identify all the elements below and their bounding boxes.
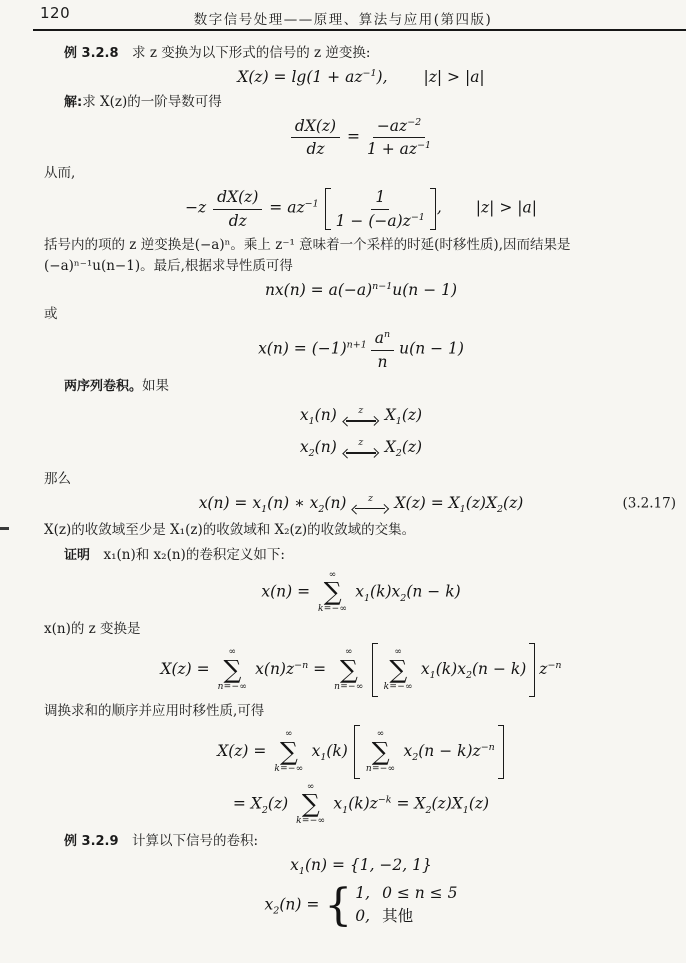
paragraph-text: 计算以下信号的卷积: (119, 833, 259, 849)
paragraph-text: x₁(n)和 x₂(n)的卷积定义如下: (90, 547, 285, 563)
para-inverse-explanation: 括号内的项的 z 逆变换是(−a)ⁿ。乘上 z⁻¹ 意味着一个采样的时延(时移性… (44, 235, 678, 277)
eq-swapped: X(z) = ∞∑k=−∞x1(k)∞∑n=−∞x2(n − k)z−n (44, 725, 678, 779)
convolution-heading: 两序列卷积。如果 (44, 376, 678, 397)
cases-group: {1,0 ≤ n ≤ 50,其他 (324, 882, 457, 929)
eq-x2-cases-row: x2(n) = {1,0 ≤ n ≤ 50,其他 (44, 882, 678, 929)
eq-x1-pair: x1(n)zX1(z) (44, 405, 678, 429)
summation: ∞∑k=−∞ (384, 647, 413, 692)
paragraph-text: X(z)的收敛域至少是 X₁(z)的收敛域和 X₂(z)的收敛域的交集。 (44, 522, 415, 538)
proof-heading: 证明 x₁(n)和 x₂(n)的卷积定义如下: (44, 545, 678, 566)
textbook-page: 120 数字信号处理——原理、算法与应用(第四版) 例 3.2.8 求 z 变换… (0, 0, 686, 963)
scan-artifact (0, 527, 9, 530)
page-header: 120 数字信号处理——原理、算法与应用(第四版) (0, 0, 686, 25)
eq-xz-log-row: X(z) = lg(1 + az−1),|z| > |a| (44, 67, 678, 88)
sigma-symbol: ∑ (223, 658, 241, 682)
paragraph-text: 如果 (142, 378, 169, 394)
para-thus: 从而, (44, 163, 678, 184)
summation: ∞∑k=−∞ (296, 782, 325, 827)
sigma-symbol: ∑ (280, 740, 298, 764)
paragraph-text: 求 X(z)的一阶导数可得 (82, 94, 222, 110)
paragraph-text: 从而, (44, 165, 75, 181)
bracket (354, 725, 360, 779)
summation: ∞∑k=−∞ (318, 570, 347, 615)
paragraph-lead: 例 3.2.8 (64, 46, 119, 61)
summation: ∞∑n=−∞ (366, 729, 396, 774)
sigma-symbol: ∑ (372, 740, 390, 764)
eq-derivative-row: dX(z)dz = −az−21 + az−1 (44, 116, 678, 159)
sigma-symbol: ∑ (324, 580, 342, 604)
eq-swapped-row: X(z) = ∞∑k=−∞x1(k)∞∑n=−∞x2(n − k)z−n (44, 725, 678, 779)
sigma-symbol: ∑ (389, 658, 407, 682)
para-roc: X(z)的收敛域至少是 X₁(z)的收敛域和 X₂(z)的收敛域的交集。 (44, 520, 678, 541)
sigma-symbol: ∑ (340, 658, 358, 682)
paragraph-lead: 解: (64, 95, 82, 110)
para-or: 或 (44, 304, 678, 325)
page-title: 数字信号处理——原理、算法与应用(第四版) (0, 3, 686, 28)
double-arrow-icon (344, 448, 378, 457)
case-row: 1,0 ≤ n ≤ 5 (355, 882, 457, 905)
page-content: 例 3.2.8 求 z 变换为以下形式的信号的 z 逆变换:X(z) = lg(… (0, 31, 686, 929)
eq-double-sum-row: X(z) = ∞∑n=−∞x(n)z−n = ∞∑n=−∞∞∑k=−∞x1(k)… (44, 643, 678, 697)
paragraph-text: 调换求和的顺序并应用时移性质,可得 (44, 703, 264, 719)
z-transform-arrow: z (344, 406, 378, 426)
sigma-symbol: ∑ (302, 792, 320, 816)
eq-double-sum: X(z) = ∞∑n=−∞x(n)z−n = ∞∑n=−∞∞∑k=−∞x1(k)… (44, 643, 678, 697)
paragraph-text: 求 z 变换为以下形式的信号的 z 逆变换: (119, 45, 371, 61)
paragraph-text: 或 (44, 306, 58, 322)
z-transform-arrow: z (344, 438, 378, 458)
eq-x1-seq: x1(n) = {1, −2, 1} (44, 855, 678, 879)
case-row: 0,其他 (355, 905, 457, 928)
example-3-2-8-heading: 例 3.2.8 求 z 变换为以下形式的信号的 z 逆变换: (44, 43, 678, 64)
z-transform-arrow: z (353, 494, 387, 514)
eq-xz-log: X(z) = lg(1 + az−1),|z| > |a| (44, 67, 678, 88)
paragraph-text: x(n)的 z 变换是 (44, 621, 141, 637)
eq-3-2-17-row: x(n) = x1(n) ∗ x2(n)zX(z) = X1(z)X2(z)(3… (44, 493, 678, 517)
eq-3-2-17: x(n) = x1(n) ∗ x2(n)zX(z) = X1(z)X2(z) (44, 493, 678, 517)
eq-xn-closed: x(n) = (−1)n+1annu(n − 1) (44, 328, 678, 371)
eq-final: = X2(z)∞∑k=−∞x1(k)z−k = X2(z)X1(z) (44, 782, 678, 827)
eq-x2-pair: x2(n)zX2(z) (44, 437, 678, 461)
fraction: dX(z)dz (213, 187, 262, 230)
eq-conv-def: x(n) = ∞∑k=−∞x1(k)x2(n − k) (44, 570, 678, 615)
eq-nxn-row: nx(n) = a(−a)n−1u(n − 1) (44, 280, 678, 301)
fraction: 11 − (−a)z−1 (336, 187, 425, 230)
eq-xn-closed-row: x(n) = (−1)n+1annu(n − 1) (44, 328, 678, 371)
para-ztransform-intro: x(n)的 z 变换是 (44, 619, 678, 640)
eq-conv-def-row: x(n) = ∞∑k=−∞x1(k)x2(n − k) (44, 570, 678, 615)
bracket (325, 188, 331, 230)
paragraph-lead: 两序列卷积。 (64, 379, 142, 394)
paragraph-text: 括号内的项的 z 逆变换是(−a)ⁿ。乘上 z⁻¹ 意味着一个采样的时延(时移性… (44, 237, 571, 274)
eq-nxn: nx(n) = a(−a)n−1u(n − 1) (44, 280, 678, 301)
fraction: ann (371, 328, 394, 371)
eq-neg-z-derivative-row: −z dX(z)dz = az−111 − (−a)z−1,|z| > |a| (44, 187, 678, 230)
fraction: −az−21 + az−1 (367, 116, 431, 159)
bracket (430, 188, 436, 230)
summation: ∞∑n=−∞ (218, 647, 248, 692)
para-then: 那么 (44, 469, 678, 490)
brace-icon: { (324, 887, 352, 924)
page-number: 120 (40, 4, 70, 22)
double-arrow-icon (344, 417, 378, 426)
eq-final-row: = X2(z)∞∑k=−∞x1(k)z−k = X2(z)X1(z) (44, 782, 678, 827)
solution-heading: 解:求 X(z)的一阶导数可得 (44, 92, 678, 113)
summation: ∞∑k=−∞ (274, 729, 303, 774)
paragraph-text: 那么 (44, 471, 71, 487)
eq-x2-pair-row: x2(n)zX2(z) (44, 437, 678, 461)
summation: ∞∑n=−∞ (334, 647, 364, 692)
para-swap-order: 调换求和的顺序并应用时移性质,可得 (44, 701, 678, 722)
paragraph-lead: 证明 (64, 548, 90, 563)
paragraph-lead: 例 3.2.9 (64, 834, 119, 849)
bracket (498, 725, 504, 779)
eq-neg-z-derivative: −z dX(z)dz = az−111 − (−a)z−1,|z| > |a| (44, 187, 678, 230)
double-arrow-icon (353, 504, 387, 513)
eq-x2-cases: x2(n) = {1,0 ≤ n ≤ 50,其他 (44, 882, 678, 929)
eq-x1-pair-row: x1(n)zX1(z) (44, 405, 678, 429)
example-3-2-9-heading: 例 3.2.9 计算以下信号的卷积: (44, 831, 678, 852)
eq-derivative: dX(z)dz = −az−21 + az−1 (44, 116, 678, 159)
fraction: dX(z)dz (291, 116, 340, 159)
eq-x1-seq-row: x1(n) = {1, −2, 1} (44, 855, 678, 879)
bracket (372, 643, 378, 697)
equation-number: (3.2.17) (623, 494, 676, 515)
bracket (529, 643, 535, 697)
